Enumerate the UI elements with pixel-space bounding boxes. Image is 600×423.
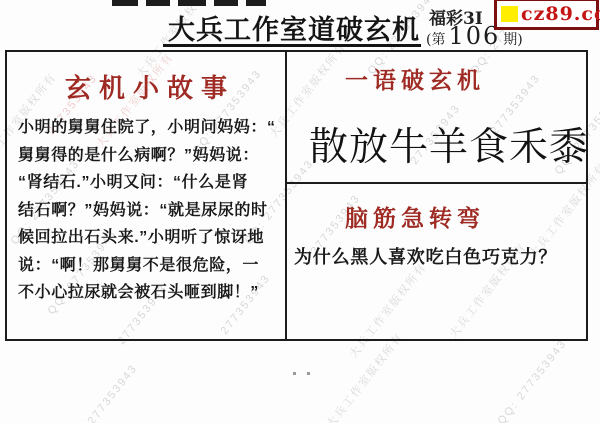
horizontal-divider (287, 182, 586, 184)
page-title: 大兵工作室道破玄机 (168, 8, 420, 47)
content-box: 玄机小故事 小明的舅舅住院了，小明问妈妈：“舅舅得的是什么病啊？”妈妈说：“肾结… (5, 50, 588, 341)
story-line: 结石啊？”妈妈说：“就是尿尿的时 (18, 197, 282, 225)
title-underline (163, 44, 421, 47)
issue-number: 106 (448, 22, 500, 50)
vertical-divider (285, 52, 287, 339)
issue-suffix: 期) (503, 29, 522, 49)
copyright-watermark: QQ: 277353943 (496, 337, 570, 423)
story-line: 不小心拉尿就会被石头咂到脚！” (18, 279, 282, 307)
logo-text: cz89.com (521, 3, 600, 25)
lottery-chart-page: 大兵工作室版权所有QQ: 277353943277353943大兵工作室版权所有… (0, 0, 600, 423)
story-panel-title: 玄机小故事 (65, 68, 235, 105)
site-logo: cz89.com (494, 0, 599, 30)
story-line: 小明的舅舅住院了，小明问妈妈：“ (18, 114, 282, 142)
scan-speck (293, 372, 296, 375)
issue-prefix: (第 (426, 29, 445, 49)
story-text: 小明的舅舅住院了，小明问妈妈：“舅舅得的是什么病啊？”妈妈说：“肾结石.”小明又… (18, 114, 282, 307)
story-line: 说：“啊！那舅舅不是很危险，一 (18, 252, 282, 280)
scan-speck (307, 372, 310, 375)
story-line: 候回拉出石头来.”小明听了惊讶地 (18, 224, 282, 252)
logo-yellow-square-icon (501, 6, 518, 22)
hint-panel-title: 一语破玄机 (345, 62, 485, 95)
story-line: 舅舅得的是什么病啊？”妈妈说： (18, 142, 282, 170)
copyright-watermark: 大兵工作室版权所有 (322, 329, 407, 423)
teaser-question: 为什么黑人喜欢吃白色巧克力？ (294, 243, 557, 269)
hint-phrase: 散放牛羊食禾黍 (309, 116, 589, 172)
copyright-watermark: 277353943 (86, 362, 140, 423)
teaser-panel-title: 脑筋急转弯 (345, 200, 485, 233)
story-line: “肾结石.”小明又问：“什么是肾 (18, 169, 282, 197)
